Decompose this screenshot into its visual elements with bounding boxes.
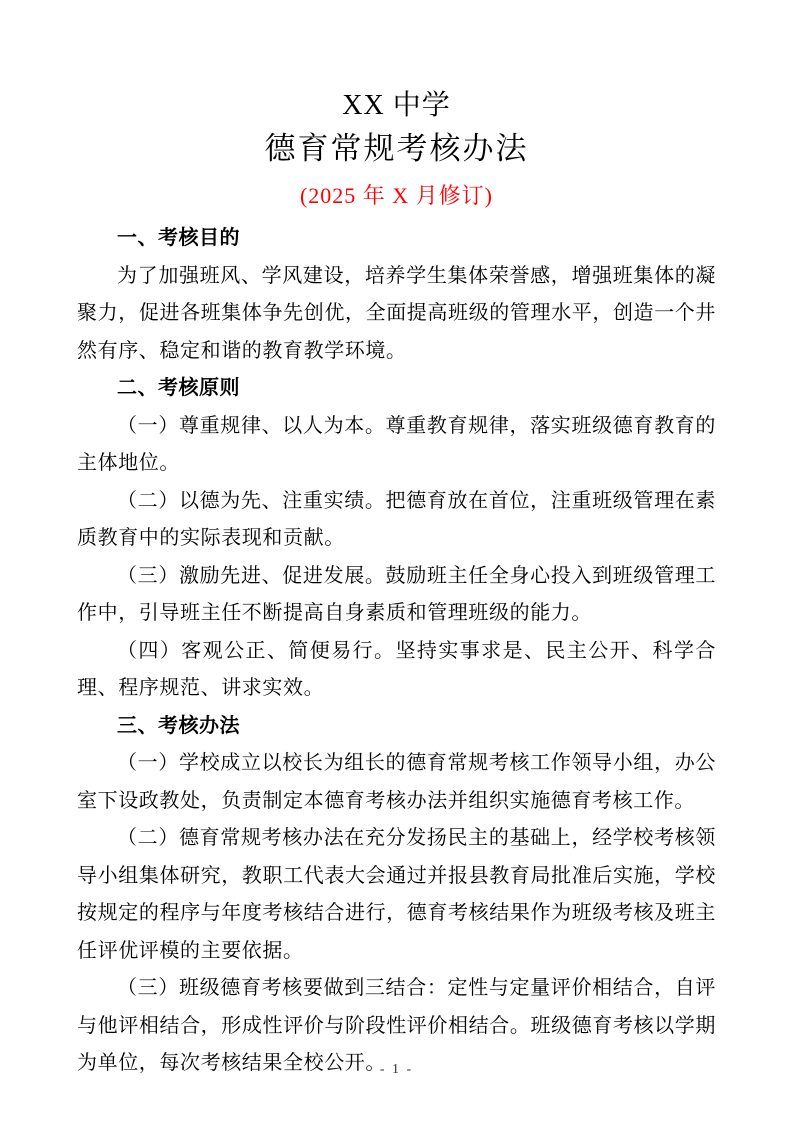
- document-content: XX 中学 德育常规考核办法 (2025 年 X 月修订) 一、考核目的 为了加…: [0, 0, 793, 1083]
- page-number-footer: - 1 -: [0, 1062, 793, 1078]
- paragraph: （二）德育常规考核办法在充分发扬民主的基础上，经学校考核领导小组集体研究，教职工…: [77, 820, 716, 970]
- section-heading-methods: 三、考核办法: [77, 708, 716, 746]
- doc-title-school: XX 中学: [77, 86, 716, 126]
- document-page: XX 中学 德育常规考核办法 (2025 年 X 月修订) 一、考核目的 为了加…: [0, 0, 793, 1122]
- paragraph: 为了加强班风、学风建设，培养学生集体荣誉感，增强班集体的凝聚力，促进各班集体争先…: [77, 258, 716, 371]
- paragraph: （一）尊重规律、以人为本。尊重教育规律，落实班级德育教育的主体地位。: [77, 408, 716, 483]
- section-heading-principles: 二、考核原则: [77, 370, 716, 408]
- paragraph: （一）学校成立以校长为组长的德育常规考核工作领导小组，办公室下设政教处，负责制定…: [77, 745, 716, 820]
- doc-title-main: 德育常规考核办法: [77, 126, 716, 171]
- doc-subtitle-revision: (2025 年 X 月修订): [77, 171, 716, 220]
- section-heading-purpose: 一、考核目的: [77, 220, 716, 258]
- paragraph: （四）客观公正、简便易行。坚持实事求是、民主公开、科学合理、程序规范、讲求实效。: [77, 633, 716, 708]
- paragraph: （三）激励先进、促进发展。鼓励班主任全身心投入到班级管理工作中，引导班主任不断提…: [77, 558, 716, 633]
- paragraph: （二）以德为先、注重实绩。把德育放在首位，注重班级管理在素质教育中的实际表现和贡…: [77, 483, 716, 558]
